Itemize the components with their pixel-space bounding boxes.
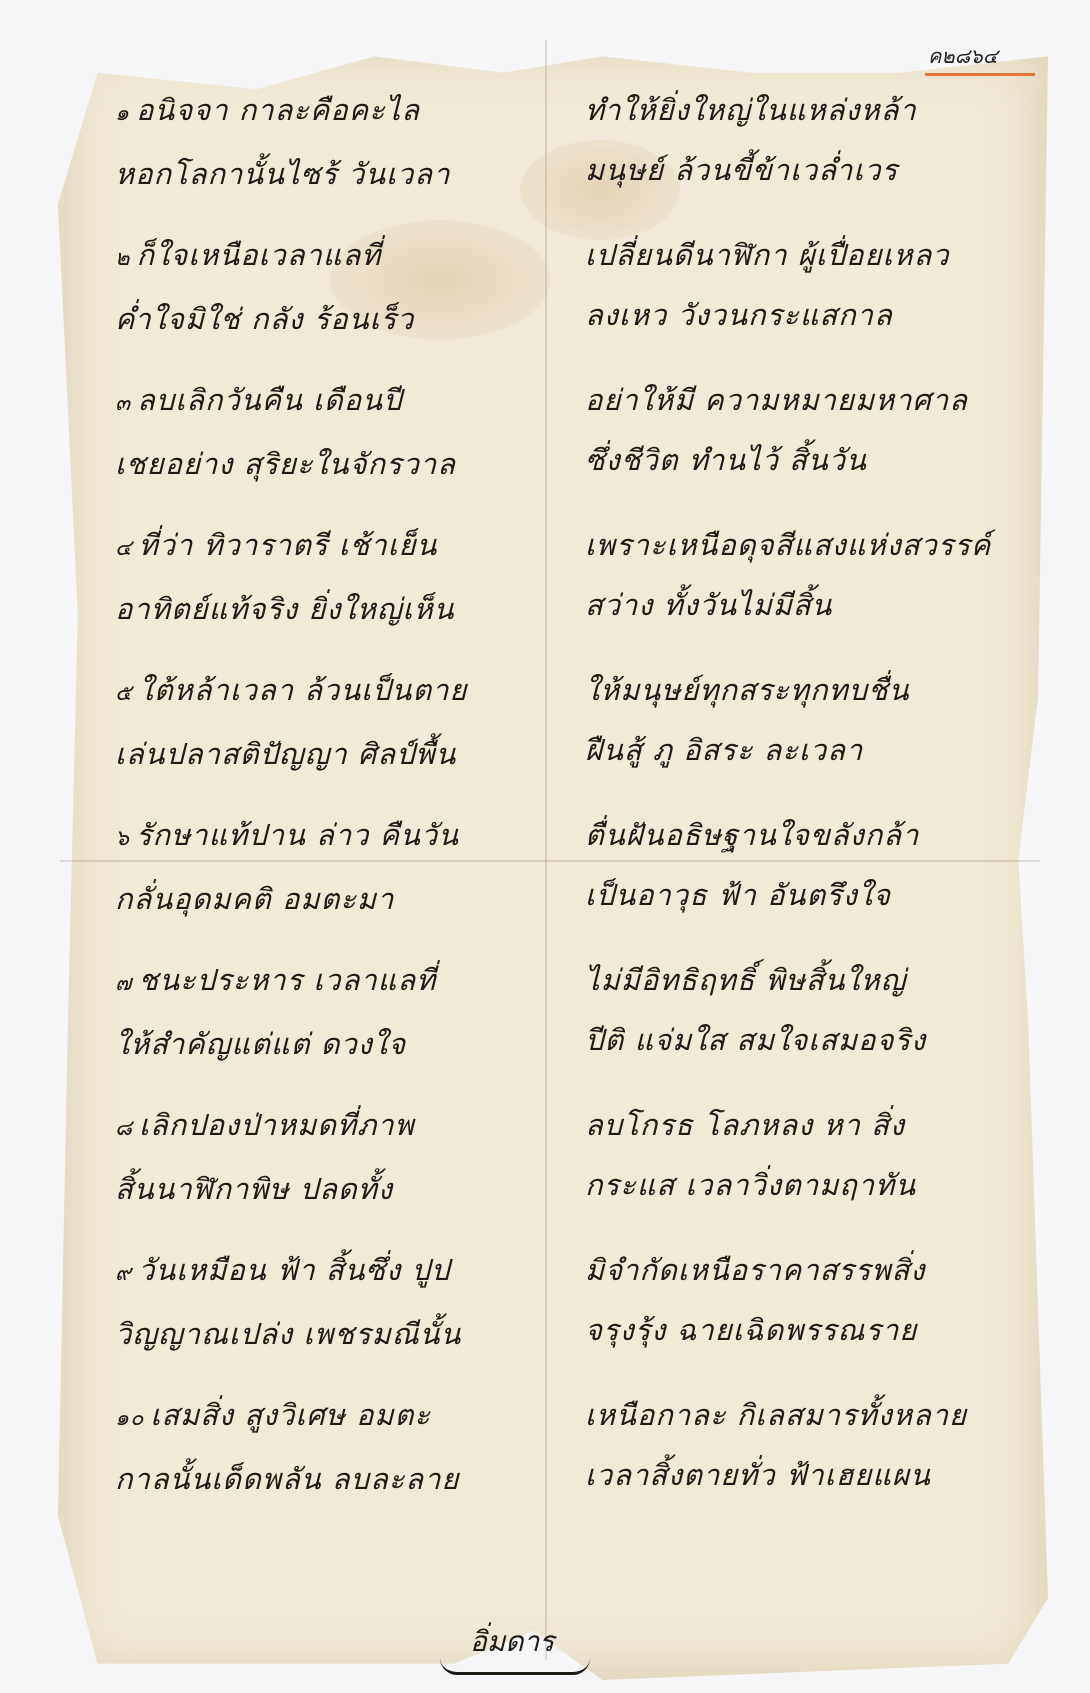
verse-line: ค่ำใจมิใช่ กลัง ร้อนเร็ว (115, 289, 555, 349)
stanza: ๙วันเหมือน ฟ้า สิ้นซึ่ง ปูปวิญญาณเปล่ง เ… (115, 1240, 555, 1385)
verse-line: ก็ใจเหนือเวลาแลที่ (137, 238, 382, 272)
stanza: ๓ลบเลิกวันคืน เดือนปีเชยอย่าง สุริยะในจั… (115, 370, 555, 515)
stanza: ๕ใต้หล้าเวลา ล้วนเป็นตายเล่นปลาสติปัญญา … (115, 660, 555, 805)
verse-number: ๒ (115, 246, 131, 271)
stanza: ๑อนิจจา กาละคือคะไลหอกโลกานั้นไซร้ วันเว… (115, 80, 555, 225)
stanza: มิจำกัดเหนือราคาสรรพสิ่งจรุงรุ้ง ฉายเฉิด… (585, 1240, 1025, 1385)
stanza: ๔ที่ว่า ทิวาราตรี เช้าเย็นอาทิตย์แท้จริง… (115, 515, 555, 660)
verse-number: ๓ (115, 391, 131, 416)
verse-line: ที่ว่า ทิวาราตรี เช้าเย็น (139, 528, 438, 562)
stanza: ๘เลิกปองป่าหมดที่ภาพสิ้นนาฬิกาพิษ ปลดทั้… (115, 1095, 555, 1240)
verse-line: จรุงรุ้ง ฉายเฉิดพรรณราย (585, 1300, 1025, 1360)
verse-number: ๕ (115, 681, 133, 706)
verse-line: ทำให้ยิ่งใหญ่ในแหล่งหล้า (585, 80, 1025, 140)
verse-number: ๑ (115, 101, 130, 126)
stanza: ๒ก็ใจเหนือเวลาแลที่ค่ำใจมิใช่ กลัง ร้อนเ… (115, 225, 555, 370)
verse-number: ๑๐ (115, 1406, 144, 1431)
verse-line: เหนือกาละ กิเลสมารทั้งหลาย (585, 1385, 1025, 1445)
verse-line: ไม่มีอิทธิฤทธิ์ พิษสิ้นใหญ่ (585, 950, 1025, 1010)
verse-number: ๘ (115, 1116, 133, 1141)
verse-number: ๔ (115, 536, 133, 561)
right-column: ทำให้ยิ่งใหญ่ในแหล่งหล้ามนุษย์ ล้วนขี้ข้… (585, 80, 1025, 1530)
verse-line: หอกโลกานั้นไซร้ วันเวลา (115, 144, 555, 204)
stanza: ทำให้ยิ่งใหญ่ในแหล่งหล้ามนุษย์ ล้วนขี้ข้… (585, 80, 1025, 225)
verse-line: กระแส เวลาวิ่งตามฤาทัน (585, 1155, 1025, 1215)
verse-line: ชนะประหาร เวลาแลที่ (139, 963, 437, 997)
verse-line: เปลี่ยนดีนาฬิกา ผู้เปื่อยเหลว (585, 225, 1025, 285)
verse-line: เวลาสิ้งตายทั่ว ฟ้าเฮยแผน (585, 1445, 1025, 1505)
verse-line: สว่าง ทั้งวันไม่มีสิ้น (585, 575, 1025, 635)
verse-line: ตื่นฝันอธิษฐานใจขลังกล้า (585, 805, 1025, 865)
stanza: ๖รักษาแท้ปาน ล่าว คืนวันกลั่นอุดมคติ อมต… (115, 805, 555, 950)
verse-line: ฝืนสู้ ภู อิสระ ละเวลา (585, 720, 1025, 780)
stanza: เหนือกาละ กิเลสมารทั้งหลายเวลาสิ้งตายทั่… (585, 1385, 1025, 1530)
verse-line: วันเหมือน ฟ้า สิ้นซึ่ง ปูป (138, 1253, 450, 1287)
verse-line: เสมสิ่ง สูงวิเศษ อมตะ (150, 1398, 431, 1432)
verse-line: ลบเลิกวันคืน เดือนปี (137, 383, 402, 417)
verse-line: เชยอย่าง สุริยะในจักรวาล (115, 434, 555, 494)
reference-mark: ค๒๘๖๔ (928, 40, 998, 72)
verse-line: เลิกปองป่าหมดที่ภาพ (139, 1108, 415, 1142)
verse-line: อาทิตย์แท้จริง ยิ่งใหญ่เห็น (115, 579, 555, 639)
verse-line: ให้มนุษย์ทุกสระทุกทบชื่น (585, 660, 1025, 720)
verse-line: รักษาแท้ปาน ล่าว คืนวัน (136, 818, 459, 852)
stanza: เปลี่ยนดีนาฬิกา ผู้เปื่อยเหลวลงเหว วังวน… (585, 225, 1025, 370)
verse-line: กลั่นอุดมคติ อมตะมา (115, 869, 555, 929)
verse-line: ใต้หล้าเวลา ล้วนเป็นตาย (139, 673, 468, 707)
stanza: ไม่มีอิทธิฤทธิ์ พิษสิ้นใหญ่ปีติ แจ่มใส ส… (585, 950, 1025, 1095)
verse-line: เล่นปลาสติปัญญา ศิลป์พื้น (115, 724, 555, 784)
verse-line: มนุษย์ ล้วนขี้ข้าเวล่ำเวร (585, 140, 1025, 200)
stanza: เพราะเหนือดุจสีแสงแห่งสวรรค์สว่าง ทั้งวั… (585, 515, 1025, 660)
verse-line: อนิจจา กาละคือคะไล (136, 93, 420, 127)
verse-line: เป็นอาวุธ ฟ้า อันตรึงใจ (585, 865, 1025, 925)
signature-flourish (440, 1658, 590, 1675)
stanza: อย่าให้มี ความหมายมหาศาลซึ่งชีวิต ทำนไว้… (585, 370, 1025, 515)
stanza: ๗ชนะประหาร เวลาแลที่ให้สำคัญแต่แต่ ดวงใจ (115, 950, 555, 1095)
verse-line: ปีติ แจ่มใส สมใจเสมอจริง (585, 1010, 1025, 1070)
stanza: ลบโกรธ โลภหลง หา สิ่งกระแส เวลาวิ่งตามฤา… (585, 1095, 1025, 1240)
verse-line: ลงเหว วังวนกระแสกาล (585, 285, 1025, 345)
orange-underline (925, 73, 1035, 76)
stanza: ให้มนุษย์ทุกสระทุกทบชื่นฝืนสู้ ภู อิสระ … (585, 660, 1025, 805)
verse-line: สิ้นนาฬิกาพิษ ปลดทั้ง (115, 1159, 555, 1219)
verse-line: วิญญาณเปล่ง เพชรมณีนั้น (115, 1304, 555, 1364)
verse-number: ๖ (115, 826, 130, 851)
verse-line: อย่าให้มี ความหมายมหาศาล (585, 370, 1025, 430)
verse-number: ๙ (115, 1261, 132, 1286)
verse-line: เพราะเหนือดุจสีแสงแห่งสวรรค์ (585, 515, 1025, 575)
verse-line: มิจำกัดเหนือราคาสรรพสิ่ง (585, 1240, 1025, 1300)
stanza: ตื่นฝันอธิษฐานใจขลังกล้าเป็นอาวุธ ฟ้า อั… (585, 805, 1025, 950)
verse-line: ลบโกรธ โลภหลง หา สิ่ง (585, 1095, 1025, 1155)
left-column: ๑อนิจจา กาละคือคะไลหอกโลกานั้นไซร้ วันเว… (115, 80, 555, 1530)
verse-line: ซึ่งชีวิต ทำนไว้ สิ้นวัน (585, 430, 1025, 490)
verse-line: ให้สำคัญแต่แต่ ดวงใจ (115, 1014, 555, 1074)
stanza: ๑๐เสมสิ่ง สูงวิเศษ อมตะกาลนั้นเด็ดพลัน ล… (115, 1385, 555, 1530)
verse-number: ๗ (115, 971, 133, 996)
verse-line: กาลนั้นเด็ดพลัน ลบละลาย (115, 1449, 555, 1509)
